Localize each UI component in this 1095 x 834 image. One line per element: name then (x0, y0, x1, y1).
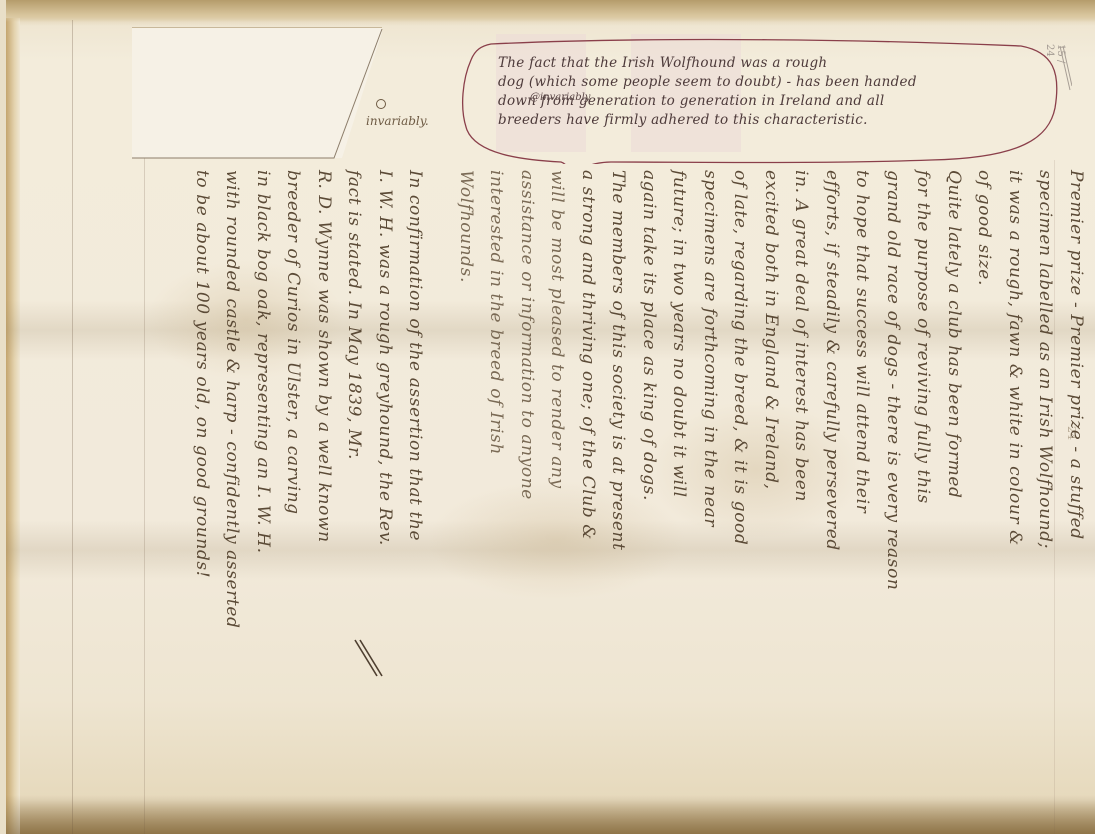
body-line-gap (431, 170, 451, 820)
body-line: I. W. H. was a rough greyhound, the Rev. (370, 170, 401, 820)
callout-line: The fact that the Irish Wolfhound was a … (498, 54, 1038, 73)
body-line: grand old race of dogs - there is every … (878, 170, 909, 820)
body-line: a strong and thriving one; of the Club & (573, 170, 604, 820)
body-line: assistance or information to anyone (512, 170, 543, 820)
body-line: Premier prize - Premier prize - a stuffe… (1061, 170, 1092, 820)
body-line: again take its place as king of dogs. (634, 170, 665, 820)
callout-line: breeders have firmly adhered to this cha… (498, 111, 1038, 130)
body-line: for the purpose of reviving fully this (908, 170, 939, 820)
manuscript-body: Premier prize - Premier prize - a stuffe… (187, 170, 1092, 820)
margin-insertion-word: invariably. (366, 114, 429, 128)
body-line: future; in two years no doubt it will (664, 170, 695, 820)
pasted-slip-outline (132, 27, 386, 159)
body-line: interested in the breed of Irish (481, 170, 512, 820)
folio-number: 15 / 24 (1044, 44, 1066, 73)
body-line: In confirmation of the assertion that th… (400, 170, 431, 820)
body-line: to hope that success will attend their (847, 170, 878, 820)
body-line: in black bog oak, representing an I. W. … (248, 170, 279, 820)
body-line: breeder of Curios in Ulster, a carving (278, 170, 309, 820)
insertion-mark-icon (376, 99, 386, 109)
callout-line: dog (which some people seem to doubt) - … (498, 73, 1038, 92)
body-line: of good size. (969, 170, 1000, 820)
body-line: R. D. Wynne was shown by a well known (309, 170, 340, 820)
body-line: excited both in England & Ireland, (756, 170, 787, 820)
page-top-edge (6, 0, 1095, 22)
inline-insertion: @invariably (530, 92, 590, 103)
page-left-edge (6, 18, 20, 834)
body-line: specimen labelled as an Irish Wolfhound; (1030, 170, 1061, 820)
body-line: it was a rough, fawn & white in colour & (1000, 170, 1031, 820)
manuscript-page: The fact that the Irish Wolfhound was a … (6, 0, 1095, 834)
body-line: in. A great deal of interest has been (786, 170, 817, 820)
body-line: Quite lately a club has been formed (939, 170, 970, 820)
margin-rule (144, 158, 145, 834)
margin-rule (72, 20, 73, 834)
section-break-mark (353, 638, 383, 680)
body-line: Wolfhounds. (451, 170, 482, 820)
body-line: specimens are forthcoming in the near (695, 170, 726, 820)
body-line: The members of this society is at presen… (603, 170, 634, 820)
body-line: efforts, if steadily & carefully perseve… (817, 170, 848, 820)
page-bottom-shadow (6, 795, 1095, 834)
body-line: will be most pleased to render any (542, 170, 573, 820)
body-line: with rounded castle & harp - confidently… (217, 170, 248, 820)
body-line: fact is stated. In May 1839, Mr. (339, 170, 370, 820)
body-line: to be about 100 years old, on good groun… (187, 170, 218, 820)
body-line: of late, regarding the breed, & it is go… (725, 170, 756, 820)
